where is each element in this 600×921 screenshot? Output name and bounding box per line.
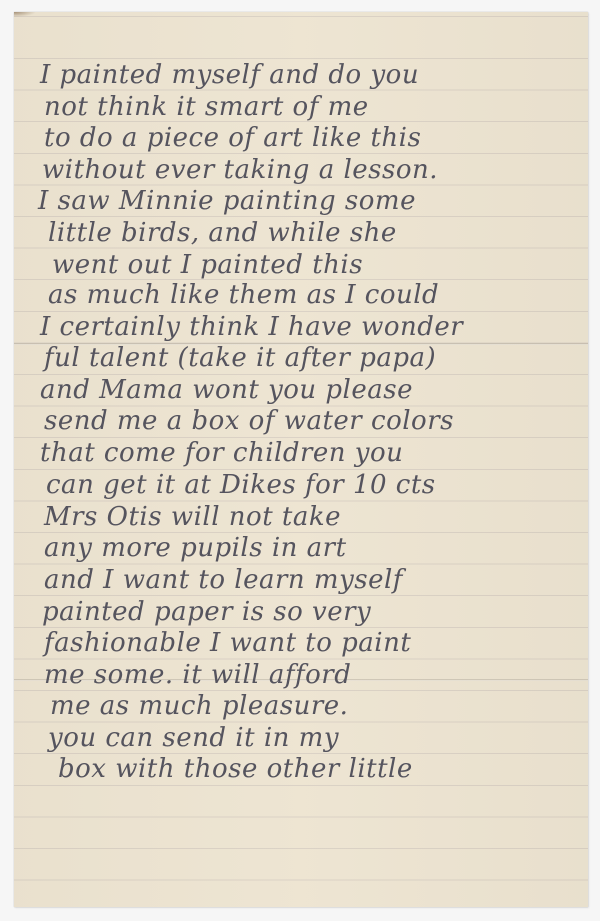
handwritten-line: painted paper is so very [42, 597, 371, 627]
letter-page: I painted myself and do you not think it… [14, 12, 588, 907]
handwritten-line: box with those other little [58, 754, 413, 784]
handwritten-line: went out I painted this [52, 250, 363, 280]
handwritten-line: can get it at Dikes for 10 cts [46, 470, 436, 500]
handwritten-line: me as much pleasure. [50, 691, 348, 721]
handwritten-line: me some. it will afford [44, 660, 351, 690]
handwritten-line: that come for children you [40, 438, 403, 468]
handwritten-line: I certainly think I have wonder [40, 312, 463, 342]
handwritten-line: without ever taking a lesson. [42, 155, 438, 185]
handwritten-line: and Mama wont you please [40, 375, 413, 405]
handwritten-line: fashionable I want to paint [44, 628, 411, 658]
handwritten-line: little birds, and while she [48, 218, 397, 248]
handwritten-line: I saw Minnie painting some [38, 186, 416, 216]
handwritten-line: I painted myself and do you [40, 60, 419, 90]
handwritten-line: to do a piece of art like this [44, 123, 421, 153]
handwritten-line: and I want to learn myself [44, 565, 403, 595]
handwritten-line: Mrs Otis will not take [44, 502, 341, 532]
handwritten-line: not think it smart of me [44, 92, 369, 122]
handwritten-line: you can send it in my [48, 723, 339, 753]
handwritten-line: any more pupils in art [44, 533, 347, 563]
handwritten-text: I painted myself and do you not think it… [14, 12, 588, 907]
handwritten-line: ful talent (take it after papa) [44, 343, 436, 373]
handwritten-line: as much like them as I could [48, 280, 439, 310]
handwritten-line: send me a box of water colors [44, 406, 454, 436]
